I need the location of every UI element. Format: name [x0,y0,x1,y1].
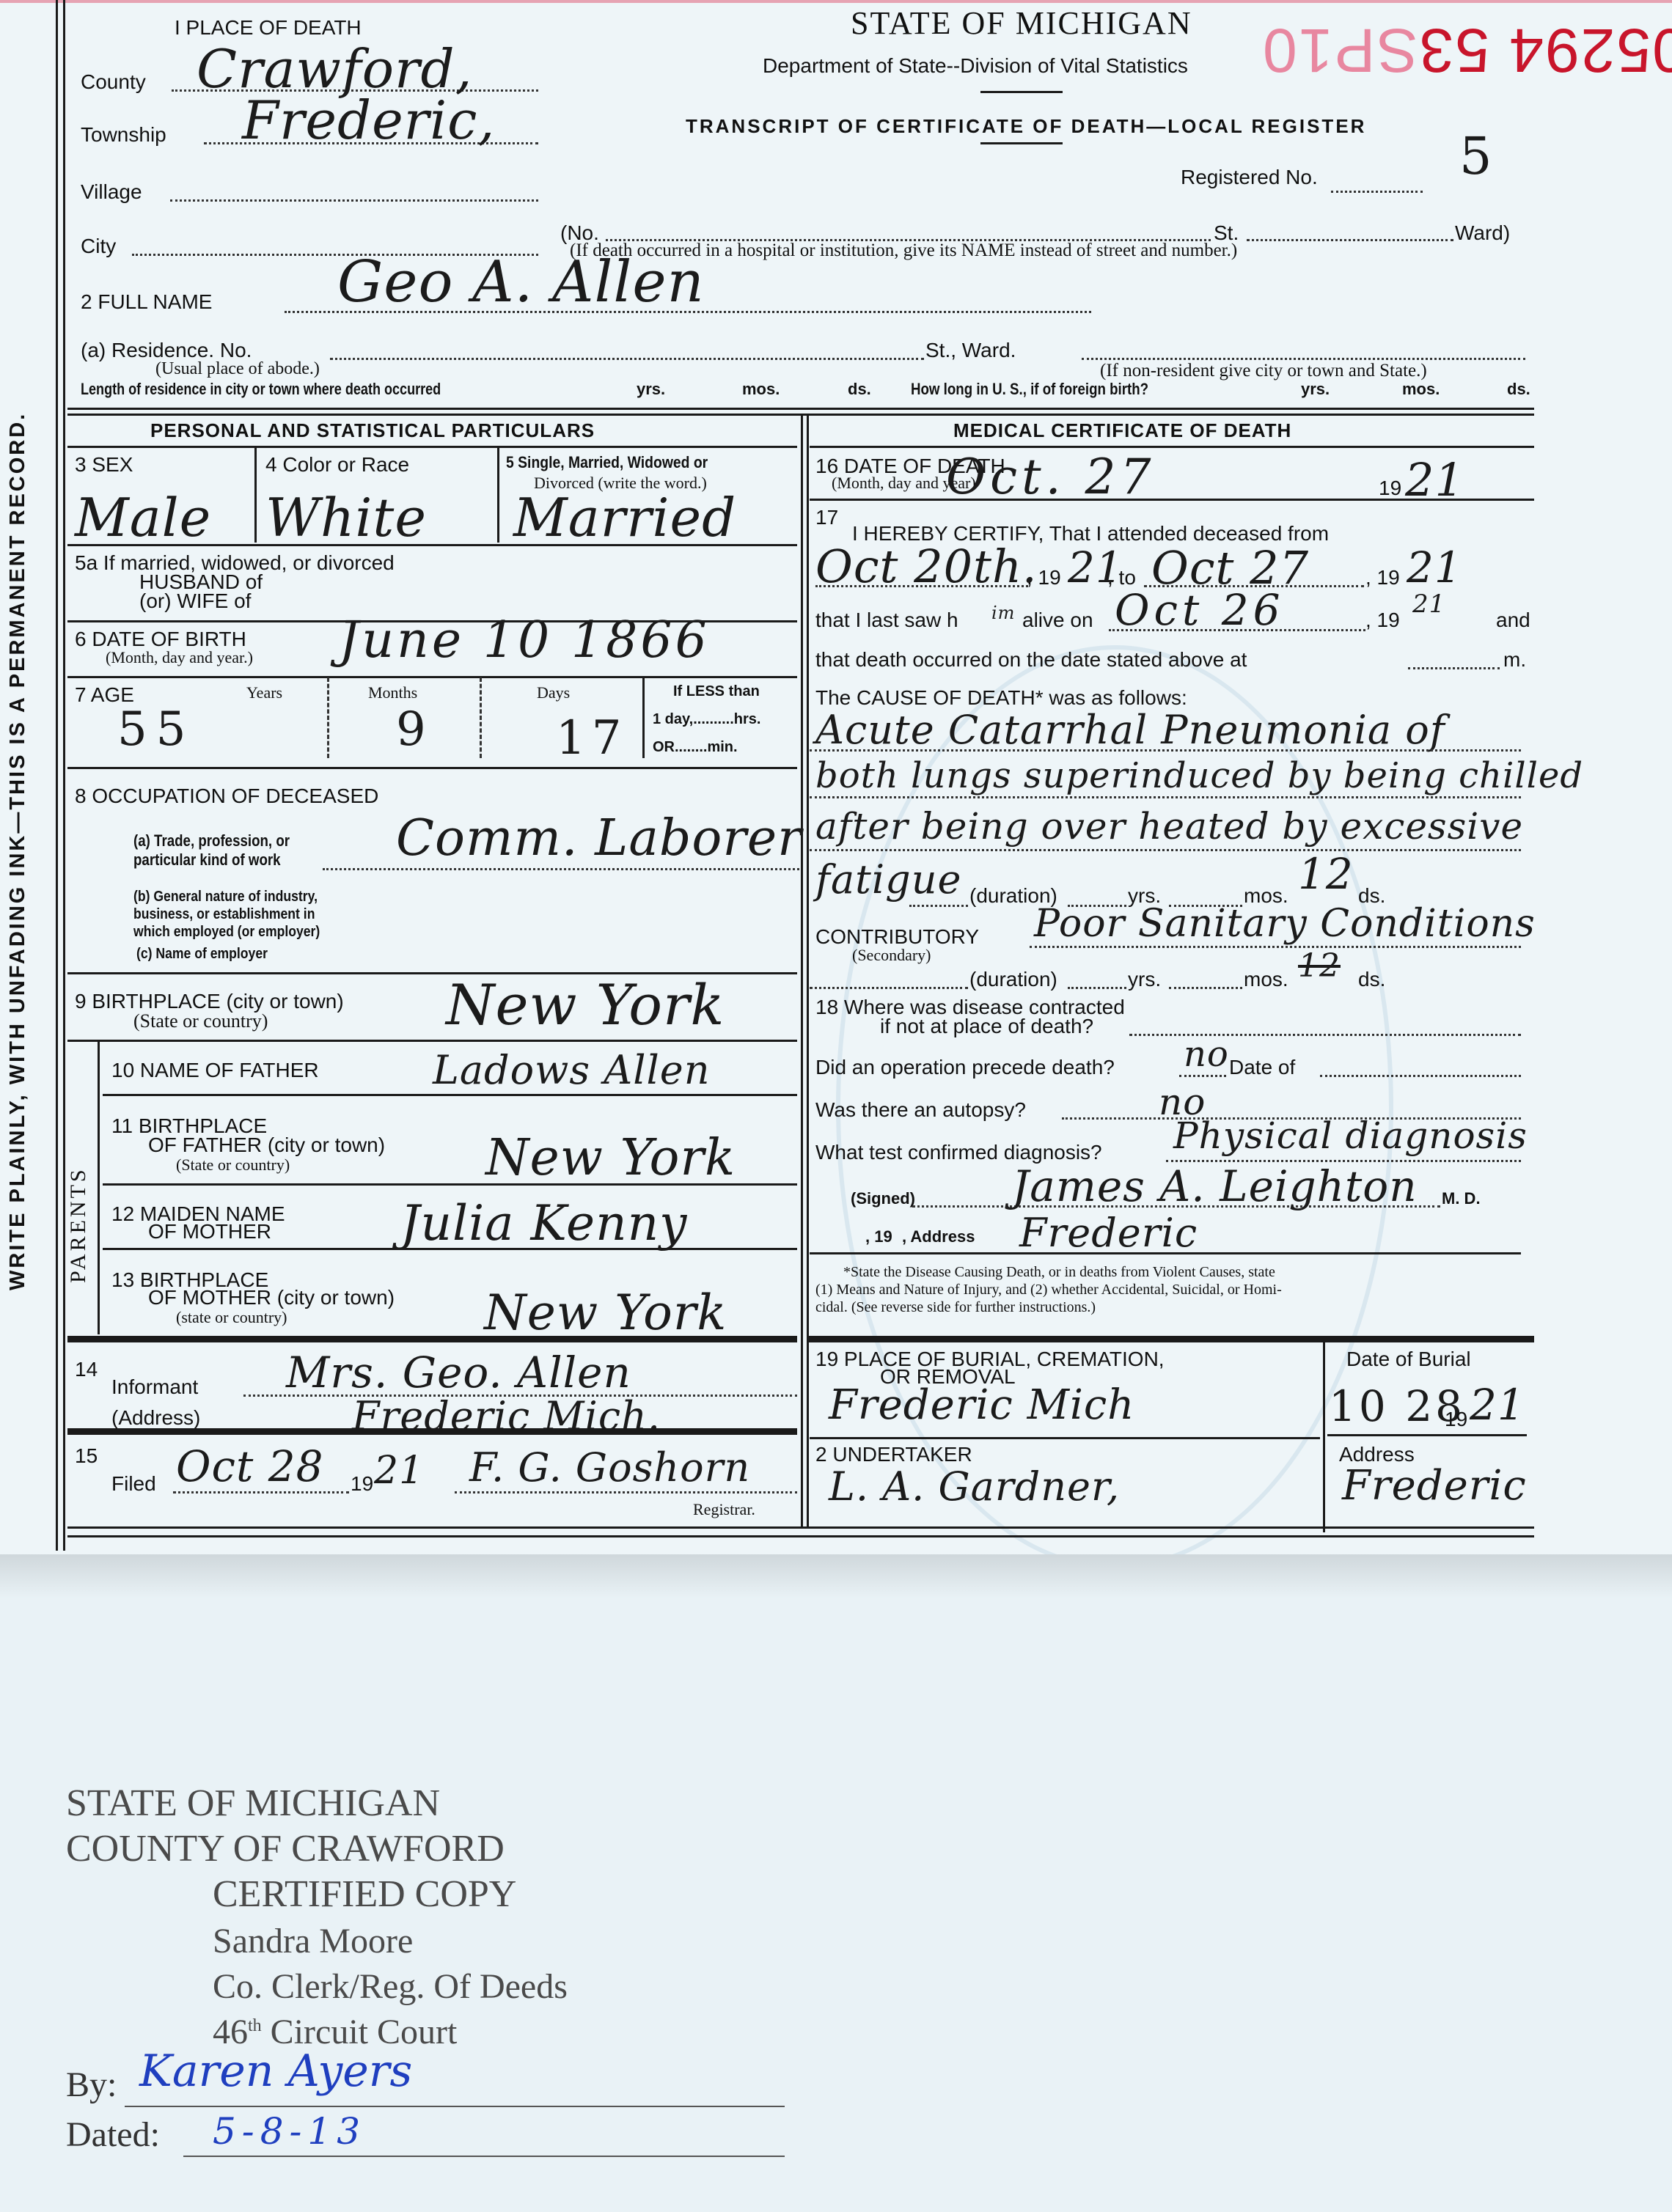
foreign-ds-label: ds. [1507,380,1530,399]
ward-line [1247,239,1453,241]
header-rule-2 [980,142,1063,144]
father-bp-label-3: (State or country) [176,1155,290,1175]
mother-bp-label-3: (state or country) [176,1308,287,1327]
row-rule-age [67,767,797,769]
filed-year-value: 21 [374,1449,424,1493]
row-rule-mother [103,1248,797,1250]
serial-stamp-faded: SP10 [1261,16,1418,85]
age-divider-2 [480,677,482,758]
row-rule-sex [67,544,797,546]
residence-sublabel: (Usual place of abode.) [155,359,320,379]
residence-yrs-label: yrs. [637,380,665,399]
foreign-birth-label: How long in U. S., if of foreign birth? [911,380,1148,399]
father-bp-value: New York [485,1129,736,1187]
last-saw-year: 21 [1412,589,1445,619]
mother-name-value: Julia Kenny [400,1195,687,1252]
race-value: White [265,487,427,548]
registered-no-label: Registered No. [1181,166,1318,189]
medical-heading: MEDICAL CERTIFICATE OF DEATH [953,419,1291,442]
cause-line-3: after being over heated by excessive [815,805,1523,848]
bottom-rule-1 [67,1526,1534,1529]
burial-place-rule [810,1437,1320,1439]
medical-heading-rule [810,446,1534,448]
marital-label-1: 5 Single, Married, Widowed or [506,453,708,472]
certify-number: 17 [815,506,838,529]
age-divider-3 [642,677,645,758]
contrib-duration-yrs-label: yrs. [1128,968,1161,991]
residence-ds-label: ds. [848,380,871,399]
row-rule-dob [67,676,797,678]
age-months-value: 9 [396,702,427,757]
ward-label: Ward) [1455,221,1510,245]
occ-b-label-1: (b) General nature of industry, [133,889,318,905]
cert-dated-value: 5-8-13 [213,2110,366,2153]
cause-rule-1 [810,749,1521,752]
township-value: Frederic, [242,89,495,151]
residence-mos-label: mos. [742,380,780,399]
age-days-value: 17 [556,711,627,765]
row-rule-mother-bp [67,1336,797,1342]
cert-by-signature: Karen Ayers [139,2046,412,2097]
attended-from-value: Oct 20th. [815,540,1038,593]
dob-value: June 10 1866 [339,611,710,669]
serial-stamp-dark: 005294 53 [1418,16,1672,85]
birthplace-sublabel: (State or country) [133,1010,268,1032]
registered-no-line [1331,191,1423,193]
dob-sublabel: (Month, day and year.) [106,648,253,667]
page-fold-shadow [0,1554,1672,1598]
parents-divider [98,1041,100,1334]
county-label: County [81,70,146,94]
row-rule-father [103,1094,797,1096]
informant-label: Informant [111,1375,198,1399]
duration-pre-line [909,905,968,907]
footnote-line-1: *State the Disease Causing Death, or in … [843,1264,1275,1281]
autopsy-label: Was there an autopsy? [815,1098,1026,1122]
parents-label: PARENTS [66,1166,91,1283]
row-rule-father-bp [103,1183,797,1186]
undertaker-value: L. A. Gardner, [829,1463,1120,1510]
sex-race-divider [254,447,257,543]
operation-value: no [1184,1034,1229,1075]
cause-rule-3 [810,849,1521,851]
township-label: Township [81,123,166,147]
section-rule-top [67,408,1534,410]
cert-state: STATE OF MICHIGAN [66,1782,440,1825]
cert-clerk-name: Sandra Moore [213,1921,413,1961]
occ-b-label-3: which employed (or employer) [133,924,320,941]
residence-no-line [330,358,924,360]
mother-name-label-2: OF MOTHER [148,1220,271,1243]
and-label: and [1496,609,1530,632]
informant-address-label: (Address) [111,1406,200,1430]
footnote-line-3: cidal. (See reverse side for further ins… [815,1299,1096,1316]
age-years-label: Years [246,683,282,702]
cert-dated-label: Dated: [66,2114,160,2155]
operation-date-line [1320,1075,1521,1077]
footnote-line-2: (1) Means and Nature of Injury, and (2) … [815,1282,1282,1298]
registrar-line [455,1491,797,1493]
spouse-label-3: (or) WIFE of [139,589,251,613]
occ-b-label-2: business, or establishment in [133,906,315,923]
death-time-suffix: m. [1503,648,1526,672]
marital-value: Married [513,487,736,548]
operation-date-label: Date of [1229,1056,1295,1079]
burial-year-value: 21 [1470,1380,1525,1430]
occ-a-line [323,868,799,870]
row-rule-footnote [807,1336,1534,1342]
cert-county: COUNTY OF CRAWFORD [66,1827,505,1870]
row-rule-dod [810,499,1534,501]
attended-to-year: 21 [1407,543,1462,592]
sign-date-prefix: , 19 [865,1227,892,1246]
sign-address-label: , Address [902,1227,975,1246]
full-name-value: Geo A. Allen [337,249,705,315]
mother-bp-value: New York [484,1285,727,1341]
form-title: TRANSCRIPT OF CERTIFICATE OF DEATH—LOCAL… [686,115,1366,138]
foreign-yrs-label: yrs. [1301,380,1330,399]
burial-year-prefix: 19 [1445,1408,1467,1431]
foreign-mos-label: mos. [1402,380,1440,399]
last-saw-year-prefix: , 19 [1365,609,1400,632]
filed-label: Filed [111,1472,156,1496]
occ-a-label-2: particular kind of work [133,850,281,870]
cause-line-4: fatigue [815,856,961,903]
registrar-label: Registrar. [693,1500,755,1519]
residence-ward-line [1082,358,1525,360]
occupation-label: 8 OCCUPATION OF DECEASED [75,785,378,808]
sex-value: Male [75,487,211,548]
age-days-label: Days [537,683,570,702]
race-marital-divider [497,447,499,543]
cause-line-2: both lungs superinduced by being chilled [815,755,1583,796]
dod-year-prefix: 19 [1379,477,1401,500]
registrar-value: F. G. Goshorn [469,1444,750,1491]
contrib-duration-mos-line [1169,987,1242,989]
burial-date-divider [1323,1342,1325,1532]
father-bp-label-2: OF FATHER (city or town) [148,1133,385,1157]
left-border-inner [63,0,65,1551]
age-less-label: If LESS than [673,683,760,700]
contributory-line [1030,946,1521,948]
filed-date-line [173,1491,349,1493]
age-less-day: 1 day,..........hrs. [653,711,760,728]
last-saw-label: that I last saw h [815,609,958,632]
filed-year-prefix: 19 [351,1472,373,1496]
signed-value: James A. Leighton [1012,1161,1418,1211]
nonresident-note: (If non-resident give city or town and S… [1100,361,1427,381]
city-label: City [81,235,116,258]
contrib-duration-ds-label: ds. [1358,968,1385,991]
operation-label: Did an operation precede death? [815,1056,1115,1079]
attended-from-year-prefix: , 19 [1027,566,1061,589]
row-rule-signature [810,1252,1521,1254]
death-time-label: that death occurred on the date stated a… [815,648,1247,672]
sign-address-value: Frederic [1019,1210,1198,1256]
cert-by-label: By: [66,2065,117,2105]
attended-to-year-prefix: , 19 [1365,566,1400,589]
bottom-rule-2 [67,1535,1534,1537]
occ-a-value: Comm. Laborer [396,809,802,867]
side-notice: WRITE PLAINLY, WITH UNFADING INK—THIS IS… [6,412,30,1290]
father-name-value: Ladows Allen [433,1047,711,1093]
left-border-outer [56,0,58,1551]
place-of-death-heading: I PLACE OF DEATH [175,16,362,40]
age-months-label: Months [368,683,417,702]
age-divider-1 [327,677,329,758]
page-top-edge [0,0,1672,3]
contributory-sublabel: (Secondary) [852,946,931,965]
filed-number: 15 [75,1444,98,1468]
registered-no-value: 5 [1459,126,1493,186]
personal-heading: PERSONAL AND STATISTICAL PARTICULARS [150,419,595,442]
burial-date-label: Date of Burial [1346,1348,1471,1371]
occ-a-label-1: (a) Trade, profession, or [133,831,290,850]
burial-place-value: Frederic Mich [829,1381,1134,1429]
contrib-duration-mos-label: mos. [1244,968,1288,991]
mother-bp-label-2: OF MOTHER (city or town) [148,1286,395,1309]
sex-label: 3 SEX [75,453,133,477]
birthplace-value: New York [446,972,725,1037]
cert-by-line [125,2106,785,2107]
undertaker-address-value: Frederic [1342,1462,1527,1510]
row-rule-informant [67,1428,797,1435]
cert-clerk-title: Co. Clerk/Reg. Of Deeds [213,1966,568,2007]
row-rule-birthplace [67,1040,797,1042]
cert-certified-copy: CERTIFIED COPY [213,1873,516,1916]
personal-heading-rule [67,446,797,448]
header-rule-1 [980,91,1063,93]
signed-label: (Signed) [851,1189,915,1208]
contrib-duration-value: 12 [1298,947,1341,985]
cert-dated-line [183,2156,785,2157]
informant-value: Mrs. Geo. Allen [286,1348,631,1397]
father-name-label: 10 NAME OF FATHER [111,1059,319,1082]
contracted-label-2: if not at place of death? [880,1015,1093,1038]
operation-line [1179,1075,1226,1077]
age-years-value: 55 [117,702,194,757]
md-label: M. D. [1442,1189,1481,1208]
village-line [170,199,538,202]
cert-court-ordinal: th [248,2016,262,2035]
age-less-min: OR........min. [653,739,738,756]
contrib-duration-label: (duration) [969,968,1057,991]
center-divider-2 [807,414,809,1528]
informant-number: 14 [75,1358,98,1381]
contrib-duration-yrs-line [1068,987,1126,989]
death-time-line [1408,667,1500,669]
full-name-label: 2 FULL NAME [81,290,212,314]
state-title: STATE OF MICHIGAN [851,4,1192,42]
dod-value: Oct. 27 [946,449,1156,505]
residence-length-label: Length of residence in city or town wher… [81,380,441,399]
alive-on-label: alive on [1022,609,1093,632]
last-saw-pronoun: im [991,603,1015,623]
filed-date-value: Oct 28 [176,1441,324,1491]
race-label: 4 Color or Race [265,453,409,477]
contrib-duration-pre-line [810,987,968,989]
cause-line-1: Acute Catarrhal Pneumonia of [815,707,1445,753]
serial-number-stamp: 005294 53SP10 [1261,15,1672,86]
occ-c-label: (c) Name of employer [136,946,268,963]
test-value: Physical diagnosis [1173,1114,1528,1157]
center-divider-1 [801,414,803,1528]
cause-rule-2 [810,796,1521,798]
village-label: Village [81,180,142,204]
residence-st-ward-label: St., Ward. [925,339,1016,362]
last-saw-value: Oct 26 [1115,585,1285,635]
burial-date-rule [1327,1434,1527,1436]
duration-value: 12 [1298,849,1354,899]
department-line: Department of State--Division of Vital S… [763,54,1188,78]
contributory-value: Poor Sanitary Conditions [1034,902,1536,946]
death-certificate-page: WRITE PLAINLY, WITH UNFADING INK—THIS IS… [0,0,1672,1562]
